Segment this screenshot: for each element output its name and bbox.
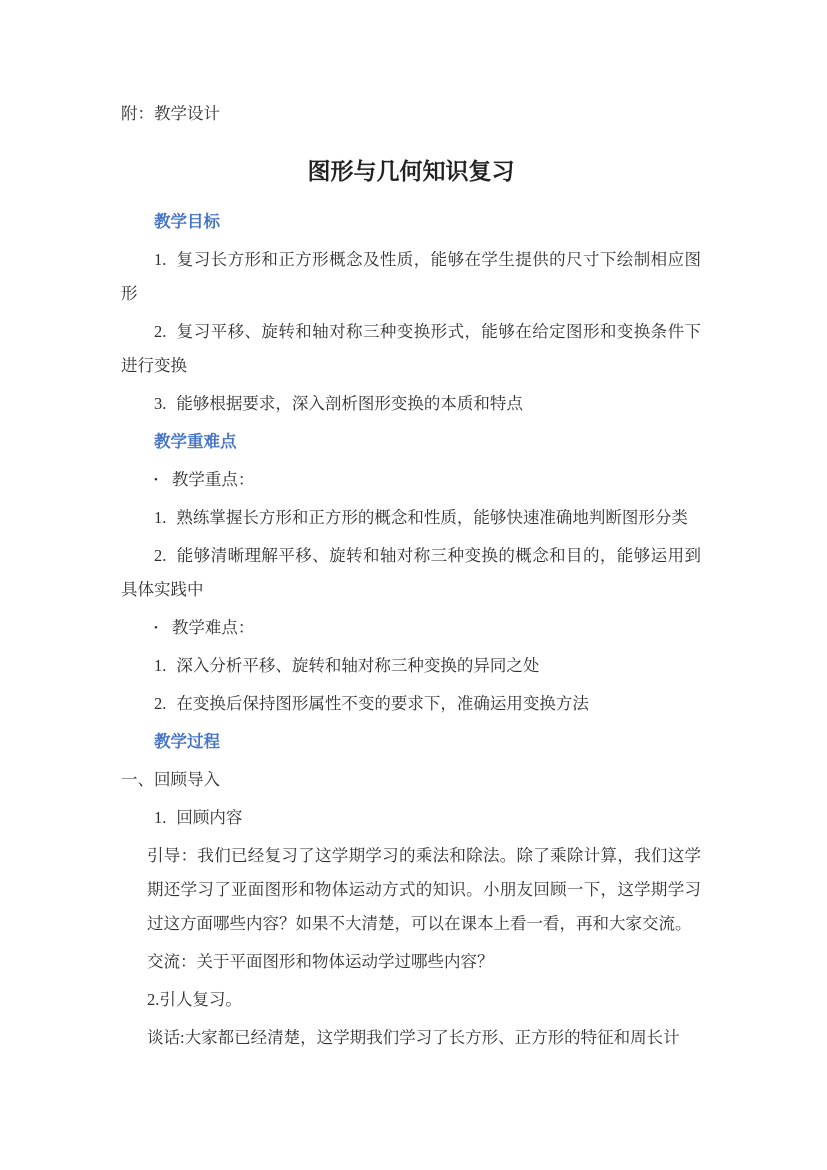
step-lead-in-review: 2.引人复习。 (121, 983, 701, 1017)
subhead-difficult-points-text: 教学难点： (172, 618, 255, 637)
objective-3: 3.能够根据要求，深入剖析图形变换的本质和特点 (121, 387, 701, 421)
heading-key-difficult-points-text: 教学重难点 (154, 432, 237, 451)
list-number: 2. (154, 546, 166, 565)
document-page: 附：教学设计图形与几何知识复习教学目标1.复习长方形和正方形概念及性质，能够在学… (0, 0, 827, 1055)
objective-2-text: 复习平移、旋转和轴对称三种变换形式，能够在给定图形和变换条件下进行变换 (121, 322, 701, 375)
objective-3-text: 能够根据要求，深入剖析图形变换的本质和特点 (176, 394, 523, 413)
para-talk-text: 谈话:大家都已经清楚，这学期我们学习了长方形、正方形的特征和周长计 (147, 1028, 680, 1047)
section-review-intro: 一、回顾导入 (121, 763, 701, 797)
para-exchange-text: 交流：关于平面图形和物体运动学过哪些内容？ (147, 952, 494, 971)
section-review-intro-text: 一、回顾导入 (121, 770, 220, 789)
para-guide-text: 引导：我们已经复习了这学期学习的乘法和除法。除了乘除计算，我们这学期还学习了亚面… (147, 846, 701, 933)
key-point-1-text: 熟练掌握长方形和正方形的概念和性质，能够快速准确地判断图形分类 (176, 508, 688, 527)
subhead-key-points: •教学重点： (121, 463, 701, 497)
difficult-point-1-text: 深入分析平移、旋转和轴对称三种变换的异同之处 (176, 656, 539, 675)
list-number: 1. (154, 808, 166, 827)
para-exchange: 交流：关于平面图形和物体运动学过哪些内容？ (121, 945, 701, 979)
objective-1-text: 复习长方形和正方形概念及性质，能够在学生提供的尺寸下绘制相应图形 (121, 250, 701, 303)
list-number: 2. (154, 694, 166, 713)
heading-teaching-process-text: 教学过程 (154, 732, 220, 751)
step-review-content: 1.回顾内容 (121, 801, 701, 835)
list-number: 1. (154, 250, 166, 269)
key-point-2-text: 能够清晰理解平移、旋转和轴对称三种变换的概念和目的，能够运用到具体实践中 (121, 546, 701, 599)
heading-key-difficult-points: 教学重难点 (121, 425, 701, 459)
step-lead-in-review-text: 2.引人复习。 (147, 990, 242, 1009)
objective-2: 2.复习平移、旋转和轴对称三种变换形式，能够在给定图形和变换条件下进行变换 (121, 315, 701, 383)
heading-teaching-objectives-text: 教学目标 (154, 212, 220, 231)
attachment-note-text: 附：教学设计 (121, 104, 220, 123)
list-number: 3. (154, 394, 166, 413)
list-number: 2. (154, 322, 166, 341)
key-point-1: 1.熟练掌握长方形和正方形的概念和性质，能够快速准确地判断图形分类 (121, 501, 701, 535)
subhead-key-points-text: 教学重点： (172, 470, 255, 489)
subhead-difficult-points: •教学难点： (121, 611, 701, 645)
step-review-content-text: 回顾内容 (176, 808, 242, 827)
objective-1: 1.复习长方形和正方形概念及性质，能够在学生提供的尺寸下绘制相应图形 (121, 243, 701, 311)
difficult-point-2-text: 在变换后保持图形属性不变的要求下，准确运用变换方法 (176, 694, 589, 713)
list-number: 1. (154, 508, 166, 527)
para-guide: 引导：我们已经复习了这学期学习的乘法和除法。除了乘除计算，我们这学期还学习了亚面… (121, 839, 701, 941)
difficult-point-2: 2.在变换后保持图形属性不变的要求下，准确运用变换方法 (121, 687, 701, 721)
bullet-icon: • (154, 474, 158, 486)
heading-teaching-objectives: 教学目标 (121, 205, 701, 239)
list-number: 1. (154, 656, 166, 675)
heading-teaching-process: 教学过程 (121, 725, 701, 759)
key-point-2: 2.能够清晰理解平移、旋转和轴对称三种变换的概念和目的，能够运用到具体实践中 (121, 539, 701, 607)
document-title: 图形与几何知识复习 (121, 154, 701, 190)
bullet-icon: • (154, 622, 158, 634)
difficult-point-1: 1.深入分析平移、旋转和轴对称三种变换的异同之处 (121, 649, 701, 683)
document-title-text: 图形与几何知识复习 (308, 159, 515, 184)
para-talk: 谈话:大家都已经清楚，这学期我们学习了长方形、正方形的特征和周长计 (121, 1021, 701, 1055)
attachment-note: 附：教学设计 (121, 97, 701, 131)
